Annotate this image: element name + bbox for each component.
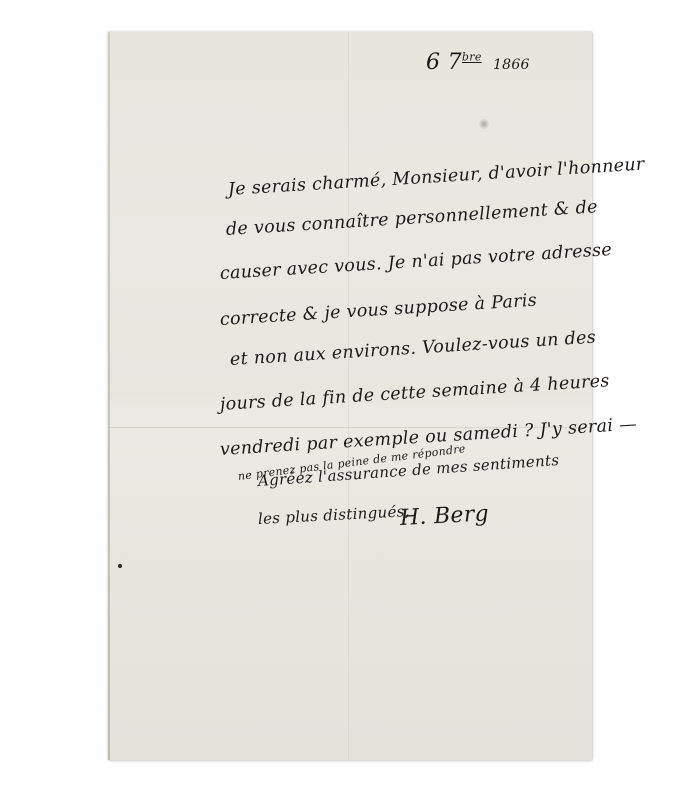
body-line-1: Je serais charmé, Monsieur, d'avoir l'ho… — [227, 155, 645, 200]
date-day: 6 — [426, 50, 440, 75]
body-line-5: et non aux environs. Voulez-vous un des — [229, 328, 596, 370]
body-line-3: causer avec vous. Je n'ai pas votre adre… — [219, 240, 612, 284]
letter-date: 6 7bre 1866 — [426, 50, 530, 75]
date-month-suffix: bre — [462, 51, 482, 64]
body-line-2: de vous connaître personnellement & de — [225, 197, 598, 240]
paper-edge — [108, 32, 110, 760]
ink-dot — [118, 564, 122, 568]
body-line-4: correcte & je vous suppose à Paris — [219, 291, 537, 330]
date-year: 1866 — [493, 57, 530, 73]
signature: H. Berg — [399, 501, 489, 531]
closing-line-2: les plus distingués, — [258, 502, 411, 528]
ink-smudge — [478, 119, 490, 129]
date-month: 7 — [448, 50, 462, 75]
body-line-6: jours de la fin de cette semaine à 4 heu… — [219, 371, 610, 415]
letter-paper: 6 7bre 1866 Je serais charmé, Monsieur, … — [108, 32, 592, 760]
